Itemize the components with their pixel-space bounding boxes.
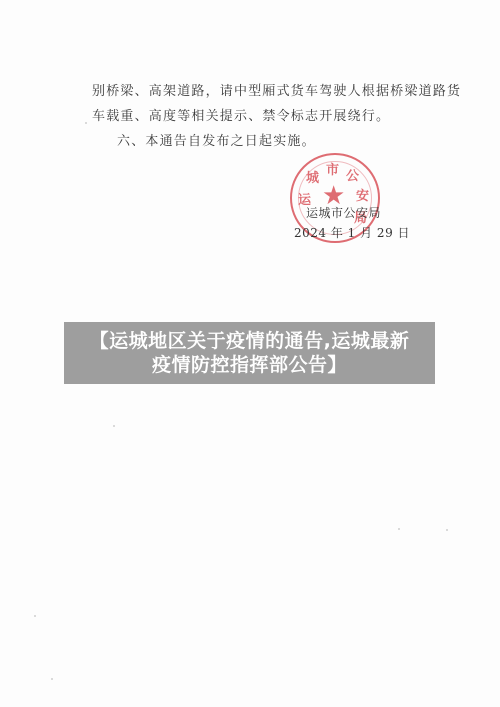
scan-speck — [34, 615, 36, 617]
scan-speck — [51, 678, 53, 680]
banner-title-line-2: 疫情防控指挥部公告】 — [64, 353, 435, 377]
scan-speck — [398, 528, 400, 530]
document-text-line: 车载重、高度等相关提示、禁令标志开展绕行。 — [92, 105, 390, 124]
seal-char: 安 — [356, 185, 369, 204]
document-text-line: 别桥梁、高架道路，请中型厢式货车驾驶人根据桥梁道路货 — [92, 80, 461, 99]
signature-organization: 运城市公安局 — [306, 204, 381, 221]
scan-speck — [85, 122, 87, 124]
seal-char: 城 — [306, 167, 319, 186]
title-banner: 【运城地区关于疫情的通告,运城最新 疫情防控指挥部公告】 — [64, 322, 435, 384]
seal-char: 市 — [326, 159, 339, 178]
scan-speck — [113, 425, 115, 427]
signature-date: 2024 年 1 月 29 日 — [294, 224, 410, 241]
banner-title-line-1: 【运城地区关于疫情的通告,运城最新 — [64, 329, 435, 353]
seal-char: 公 — [346, 165, 359, 184]
scan-speck — [446, 529, 448, 531]
document-text-line: 六、本通告自发布之日起实施。 — [117, 130, 316, 149]
